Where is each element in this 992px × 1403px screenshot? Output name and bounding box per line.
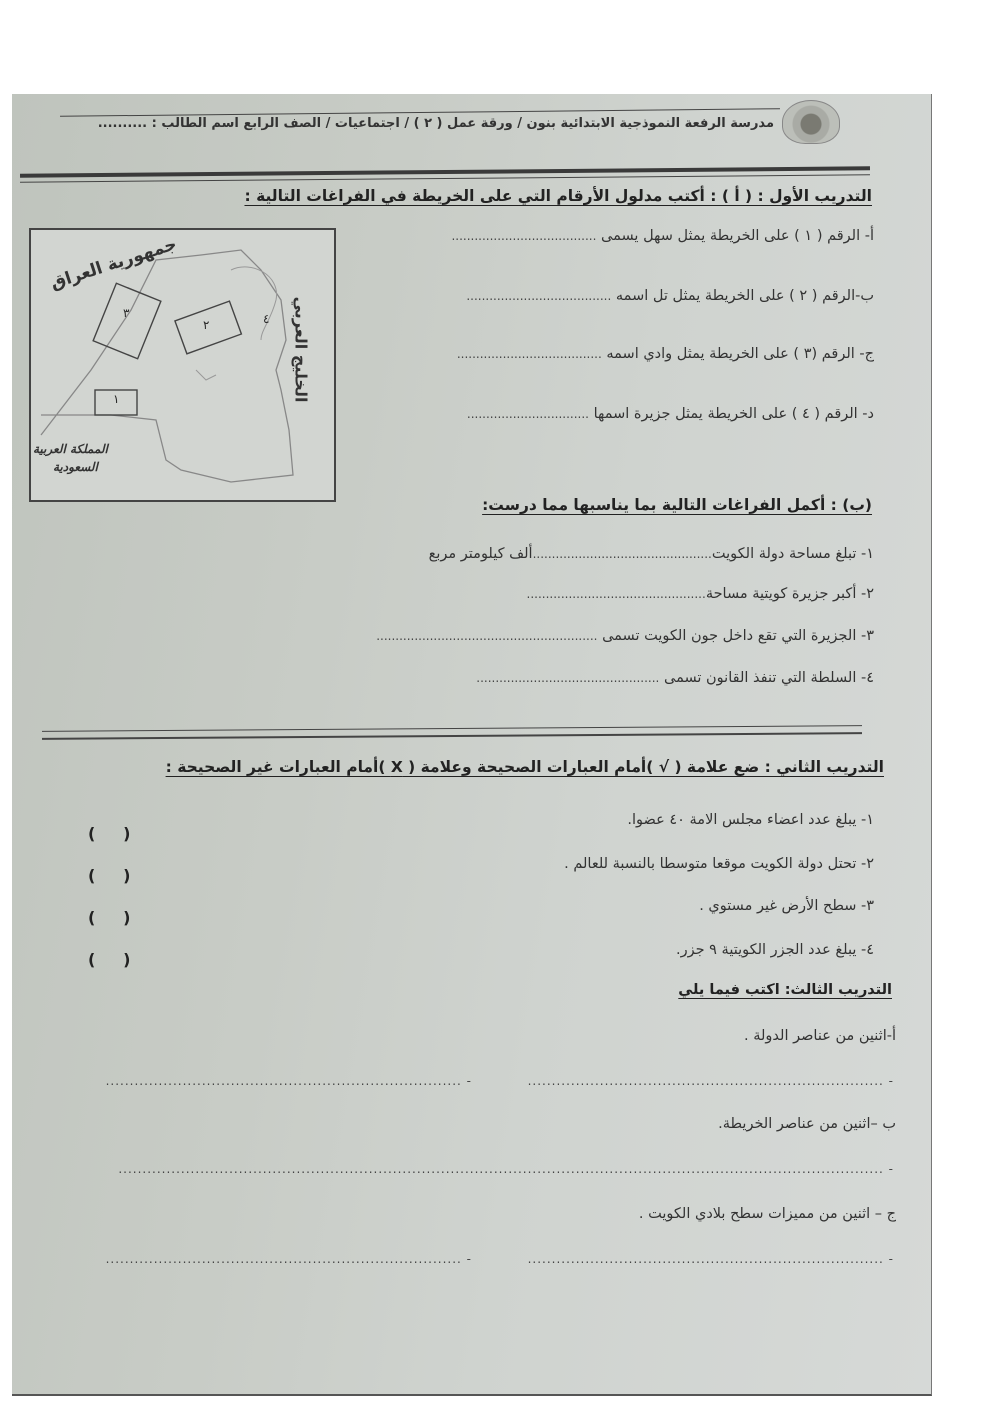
answer-blank[interactable]: ........................................… bbox=[476, 671, 659, 685]
answer-box[interactable]: ( ) bbox=[88, 950, 130, 969]
ex1b-item-4: ٤- السلطة التي تنفذ القانون تسمى .......… bbox=[476, 670, 874, 686]
school-name: مدرسة الرفعة النموذجية الابتدائية بنون /… bbox=[98, 116, 774, 131]
ex2-statement-3: ٣- سطح الأرض غير مستوي . bbox=[699, 898, 874, 914]
answer-box[interactable]: ( ) bbox=[88, 866, 130, 885]
kuwait-map: جمهورية العراق الخليج العربي المملكة الع… bbox=[29, 228, 336, 502]
map-marker-2: ٢ bbox=[203, 318, 209, 332]
answer-blank[interactable]: - ......................................… bbox=[528, 1252, 894, 1266]
answer-blank[interactable]: - ......................................… bbox=[106, 1074, 472, 1088]
map-label-saudi-1: المملكة العربية bbox=[33, 442, 108, 456]
answer-blank[interactable]: ........................................… bbox=[527, 587, 706, 601]
exercise1-title: التدريب الأول : ( أ ) : أكتب مدلول الأرق… bbox=[172, 182, 872, 210]
answer-blank[interactable]: ........................................… bbox=[533, 547, 712, 561]
answer-blank[interactable]: ...................................... bbox=[451, 229, 596, 243]
map-marker-4: ٤ bbox=[263, 312, 269, 326]
map-label-saudi-2: السعودية bbox=[53, 460, 98, 474]
answer-blank[interactable]: - ......................................… bbox=[106, 1252, 472, 1266]
ex2-statement-4: ٤- يبلغ عدد الجزر الكويتية ٩ جزر. bbox=[676, 942, 874, 958]
answer-blank[interactable]: ...................................... bbox=[466, 289, 611, 303]
ex3-item-1: أ-اثنين من عناصر الدولة . bbox=[744, 1028, 896, 1044]
answer-blank[interactable]: - ......................................… bbox=[528, 1074, 894, 1088]
exercise3-title: التدريب الثالث: اكتب فيما يلي bbox=[678, 982, 892, 998]
ex1-question-2: ب-الرقم ( ٢ ) على الخريطة يمثل تل اسمه .… bbox=[466, 288, 874, 304]
ex2-statement-2: ٢- تحتل دولة الكويت موقعا متوسطا بالنسبة… bbox=[564, 856, 874, 872]
ex3-item-3: ج – اثنين من مميزات سطح بلادي الكويت . bbox=[639, 1206, 896, 1222]
ex3-item-2: ب –اثنين من عناصر الخريطة. bbox=[718, 1116, 896, 1132]
ex1b-item-2: ٢- أكبر جزيرة كويتية مساحة..............… bbox=[527, 586, 874, 602]
ex2-statement-1: ١- يبلغ عدد اعضاء مجلس الامة ٤٠ عضوا. bbox=[627, 812, 874, 828]
ex1-question-1: أ- الرقم ( ١ ) على الخريطة يمثل سهل يسمى… bbox=[451, 228, 874, 244]
ex1-question-3: ج- الرقم (٣ ) على الخريطة يمثل وادي اسمه… bbox=[457, 346, 874, 362]
school-logo bbox=[782, 100, 840, 144]
ex1b-item-3: ٣- الجزيرة التي تقع داخل جون الكويت تسمى… bbox=[376, 628, 874, 644]
answer-blank[interactable]: ........................................… bbox=[376, 629, 597, 643]
answer-blank[interactable]: ...................................... bbox=[457, 347, 602, 361]
map-label-gulf: الخليج العربي bbox=[292, 297, 311, 403]
header-line: مدرسة الرفعة النموذجية الابتدائية بنون /… bbox=[98, 116, 774, 131]
exercise1b-title: (ب) : أكمل الفراغات التالية بما يناسبها … bbox=[482, 496, 872, 514]
answer-box[interactable]: ( ) bbox=[88, 908, 130, 927]
map-marker-1: ١ bbox=[113, 392, 119, 406]
answer-blank[interactable]: ................................ bbox=[467, 407, 589, 421]
answer-blank[interactable]: - ......................................… bbox=[118, 1162, 894, 1176]
map-marker-3: ٣ bbox=[123, 306, 129, 320]
ex1b-item-1: ١- تبلغ مساحة دولة الكويت...............… bbox=[429, 546, 874, 562]
ex1-question-4: د- الرقم ( ٤ ) على الخريطة يمثل جزيرة اس… bbox=[467, 406, 874, 422]
exercise2-title: التدريب الثاني : ضع علامة ( √ )أمام العب… bbox=[44, 754, 884, 780]
answer-box[interactable]: ( ) bbox=[88, 824, 130, 843]
